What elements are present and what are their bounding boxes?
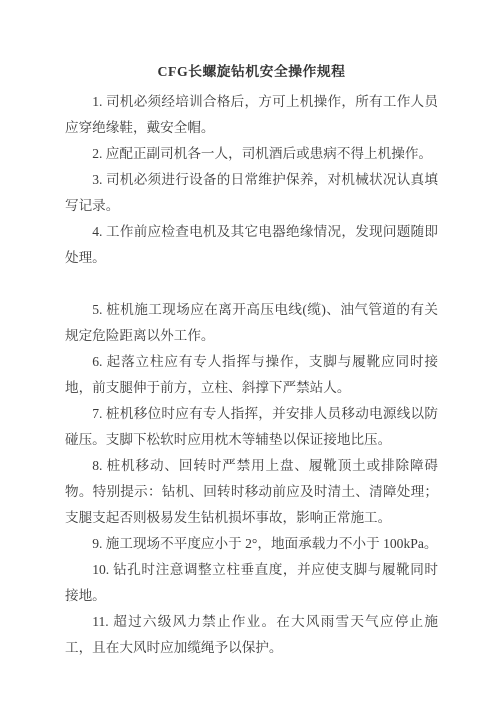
paragraph: 11. 超过六级风力禁止作业。在大风雨雪天气应停止施工，且在大风时应加缆绳予以保… [65, 609, 438, 661]
paragraph: 7. 桩机移位时应有专人指挥，并安排人员移动电源线以防碰压。支脚下松软时应用枕木… [65, 401, 438, 453]
blank-line [65, 271, 438, 297]
document-body: 1. 司机必须经培训合格后，方可上机操作，所有工作人员应穿绝缘鞋，戴安全帽。2.… [65, 89, 438, 661]
paragraph: 5. 桩机施工现场应在离开高压电线(缆)、油气管道的有关规定危险距离以外工作。 [65, 297, 438, 349]
paragraph: 9. 施工现场不平度应小于 2°，地面承载力不小于 100kPa。 [65, 531, 438, 557]
paragraph: 8. 桩机移动、回转时严禁用上盘、履靴顶土或排除障碍物。特别提示：钻机、回转时移… [65, 453, 438, 531]
paragraph: 1. 司机必须经培训合格后，方可上机操作，所有工作人员应穿绝缘鞋，戴安全帽。 [65, 89, 438, 141]
paragraph: 10. 钻孔时注意调整立柱垂直度，并应使支脚与履靴同时接地。 [65, 557, 438, 609]
document-title: CFG长螺旋钻机安全操作规程 [65, 59, 438, 85]
paragraph: 3. 司机必须进行设备的日常维护保养，对机械状况认真填写记录。 [65, 167, 438, 219]
paragraph: 6. 起落立柱应有专人指挥与操作，支脚与履靴应同时接地，前支腿伸于前方，立柱、斜… [65, 349, 438, 401]
paragraph: 2. 应配正副司机各一人，司机酒后或患病不得上机操作。 [65, 141, 438, 167]
document-page: CFG长螺旋钻机安全操作规程 1. 司机必须经培训合格后，方可上机操作，所有工作… [0, 0, 500, 708]
paragraph: 4. 工作前应检查电机及其它电器绝缘情况，发现问题随即处理。 [65, 219, 438, 271]
